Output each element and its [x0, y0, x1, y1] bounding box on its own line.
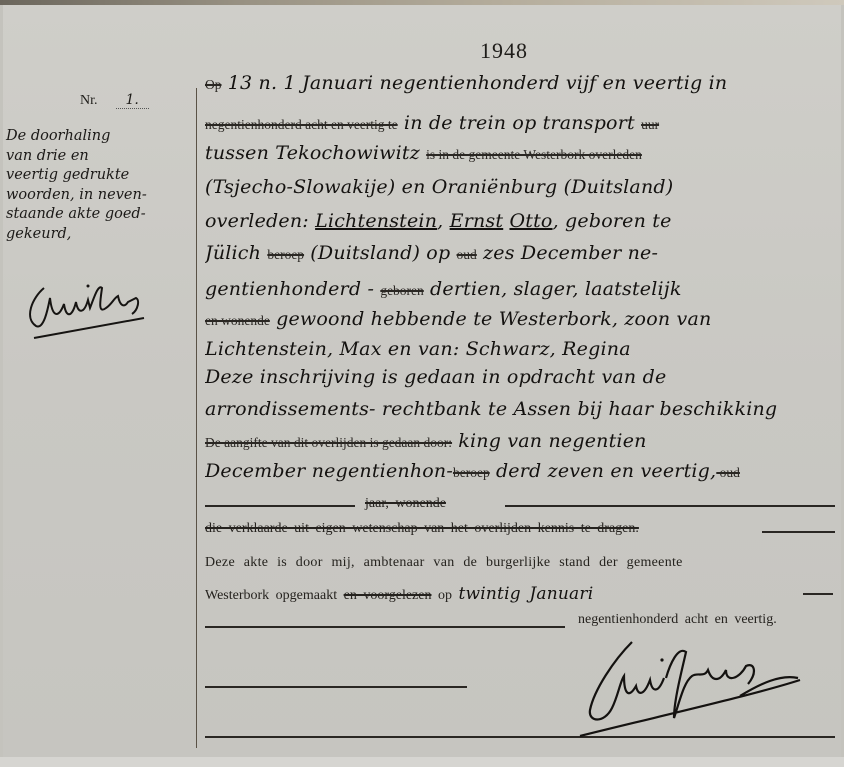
handwritten-text: derd zeven en veertig, — [490, 460, 717, 482]
handwritten-text: Deze inschrijving is gedaan in opdracht … — [205, 366, 666, 388]
handwritten-text: , — [437, 210, 449, 232]
margin-note-line: gekeurd, — [6, 225, 191, 245]
struck-jaar-wonende: jaar, wonende — [365, 496, 446, 512]
handwritten-text: zes December ne- — [477, 242, 658, 264]
struck-printed-text: oud — [457, 247, 477, 262]
handwritten-text: Lichtenstein — [315, 210, 437, 232]
struck-printed-text: is in de gemeente Westerbork overleden — [426, 147, 642, 162]
blank-line — [803, 593, 833, 595]
struck-voorgelezen: en voorgelezen — [344, 588, 432, 603]
handwritten-text: Lichtenstein, Max en van: Schwarz, Regin… — [205, 338, 631, 360]
record-number-value: 1. — [116, 92, 149, 109]
date-handwritten: twintig Januari — [458, 584, 593, 604]
handwritten-text: tussen Tekochowiwitz — [205, 142, 426, 164]
struck-printed-text: beroep — [453, 465, 490, 480]
struck-printed-text: uur — [641, 117, 659, 132]
margin-note-line: De doorhaling — [6, 127, 191, 147]
handwritten-text: overleden: — [205, 210, 315, 232]
margin-note-line: veertig gedrukte — [6, 166, 191, 186]
record-line: (Tsjecho-Slowakije) en Oraniënburg (Duit… — [205, 176, 835, 212]
margin-annotation: De doorhaling van drie en veertig gedruk… — [6, 127, 191, 244]
record-number: Nr.1. — [80, 92, 149, 109]
handwritten-text: gewoond hebbende te Westerbork, zoon van — [270, 308, 712, 330]
struck-printed-text: Op — [205, 77, 222, 92]
closing-line-2: Westerbork opgemaakt en voorgelezen op t… — [205, 584, 593, 604]
struck-printed-text: De aangifte van dit overlijden is gedaan… — [205, 435, 452, 450]
margin-note-line: van drie en — [6, 147, 191, 167]
handwritten-text: in de trein op transport — [398, 112, 641, 134]
struck-text: jaar, wonende — [365, 496, 446, 511]
margin-note-line: staande akte goed- — [6, 205, 191, 225]
margin-divider — [196, 88, 197, 748]
margin-signature-icon — [14, 268, 174, 348]
handwritten-text: (Tsjecho-Slowakije) en Oraniënburg (Duit… — [205, 176, 673, 198]
struck-verklaarde: die verklaarde uit eigen wetenschap van … — [205, 521, 639, 537]
scan-bottom-edge — [0, 757, 844, 767]
closing-line-3: negentienhonderd acht en veertig. — [578, 612, 777, 628]
struck-text: die verklaarde uit eigen wetenschap van … — [205, 521, 639, 536]
record-line: tussen Tekochowiwitz is in de gemeente W… — [205, 142, 835, 178]
handwritten-text: , geboren te — [553, 210, 672, 232]
handwritten-text: Jülich — [205, 242, 267, 264]
struck-printed-text: en wonende — [205, 313, 270, 328]
handwritten-text: gentienhonderd - — [205, 278, 380, 300]
official-signature-icon — [570, 630, 840, 740]
record-line: arrondissements- rechtbank te Assen bij … — [205, 398, 835, 434]
handwritten-text: Otto — [509, 210, 552, 232]
document-year: 1948 — [480, 38, 528, 64]
handwritten-text: December negentienhon- — [205, 460, 453, 482]
record-line: Jülich beroep (Duitsland) op oud zes Dec… — [205, 242, 835, 278]
record-line: Op 13 n. 1 Januari negentienhonderd vijf… — [205, 72, 835, 108]
closing-op: op — [438, 588, 452, 603]
blank-line — [762, 531, 835, 533]
handwritten-text: 13 n. 1 Januari negentienhonderd vijf en… — [222, 72, 728, 94]
handwritten-text: king van negentien — [452, 430, 647, 452]
struck-printed-text: beroep — [267, 247, 304, 262]
record-line: overleden: Lichtenstein, Ernst Otto, geb… — [205, 210, 835, 246]
record-line: December negentienhon-beroep derd zeven … — [205, 460, 835, 496]
margin-note-line: woorden, in neven- — [6, 186, 191, 206]
record-number-label: Nr. — [80, 93, 98, 108]
struck-printed-text: oud — [716, 465, 740, 480]
closing-prefix: Westerbork opgemaakt — [205, 588, 337, 603]
blank-line — [205, 626, 565, 628]
handwritten-text: Ernst — [450, 210, 504, 232]
closing-line-1: Deze akte is door mij, ambtenaar van de … — [205, 555, 683, 571]
blank-line — [205, 505, 355, 507]
handwritten-text: (Duitsland) op — [304, 242, 456, 264]
blank-line — [505, 505, 835, 507]
struck-printed-text: negentienhonderd acht en veertig te — [205, 117, 398, 132]
blank-line — [205, 686, 467, 688]
record-line: Deze inschrijving is gedaan in opdracht … — [205, 366, 835, 402]
handwritten-text: arrondissements- rechtbank te Assen bij … — [205, 398, 777, 420]
struck-printed-text: geboren — [380, 283, 423, 298]
handwritten-text: dertien, slager, laatstelijk — [424, 278, 682, 300]
